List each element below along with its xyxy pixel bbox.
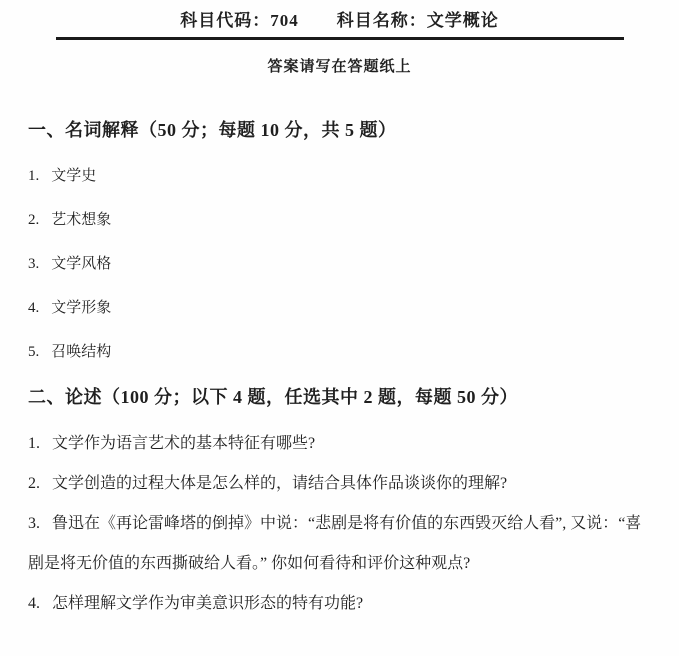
- item-text: 鲁迅在《再论雷峰塔的倒掉》中说：“悲剧是将有价值的东西毁灭给人看”, 又说：“喜…: [28, 515, 641, 572]
- item-text: 怎样理解文学作为审美意识形态的特有功能?: [52, 595, 363, 612]
- item-number: 4.: [28, 584, 40, 624]
- item-text: 文学创造的过程大体是怎么样的，请结合具体作品谈谈你的理解?: [52, 475, 507, 492]
- item-text: 文学作为语言艺术的基本特征有哪些?: [52, 435, 315, 452]
- item-text: 文学风格: [51, 256, 111, 272]
- item-number: 2.: [28, 210, 39, 230]
- subject-code-value: 704: [270, 11, 299, 30]
- item-number: 3.: [28, 504, 40, 544]
- subject-name-label: 科目名称：: [337, 11, 427, 30]
- term-item-3: 3.文学风格: [0, 254, 679, 274]
- subject-name-value: 文学概论: [427, 11, 499, 30]
- answer-notice: 答案请写在答题纸上: [0, 57, 679, 77]
- term-item-4: 4.文学形象: [0, 298, 679, 318]
- subject-code: 科目代码：704: [180, 11, 299, 30]
- section-1-title: 一、名词解释（50 分；每题 10 分，共 5 题）: [0, 119, 679, 141]
- essay-item-2: 2.文学创造的过程大体是怎么样的，请结合具体作品谈谈你的理解?: [0, 464, 679, 504]
- item-number: 1.: [28, 166, 39, 186]
- item-number: 1.: [28, 424, 40, 464]
- term-item-2: 2.艺术想象: [0, 210, 679, 230]
- item-text: 召唤结构: [51, 344, 111, 360]
- paper-header: 科目代码：704科目名称：文学概论: [0, 10, 679, 32]
- section-2-items: 1.文学作为语言艺术的基本特征有哪些? 2.文学创造的过程大体是怎么样的，请结合…: [0, 424, 679, 624]
- section-2-title: 二、论述（100 分；以下 4 题，任选其中 2 题，每题 50 分）: [0, 386, 679, 408]
- item-number: 4.: [28, 298, 39, 318]
- essay-item-4: 4.怎样理解文学作为审美意识形态的特有功能?: [0, 584, 679, 624]
- essay-item-1: 1.文学作为语言艺术的基本特征有哪些?: [0, 424, 679, 464]
- item-number: 5.: [28, 342, 39, 362]
- subject-name: 科目名称：文学概论: [337, 11, 499, 30]
- header-divider: [56, 37, 624, 40]
- item-text: 艺术想象: [51, 212, 111, 228]
- term-item-5: 5.召唤结构: [0, 342, 679, 362]
- item-text: 文学史: [51, 168, 96, 184]
- item-number: 2.: [28, 464, 40, 504]
- item-text: 文学形象: [51, 300, 111, 316]
- exam-paper: 科目代码：704科目名称：文学概论 答案请写在答题纸上 一、名词解释（50 分；…: [0, 0, 679, 656]
- term-item-1: 1.文学史: [0, 166, 679, 186]
- essay-item-3: 3.鲁迅在《再论雷峰塔的倒掉》中说：“悲剧是将有价值的东西毁灭给人看”, 又说：…: [0, 504, 679, 584]
- section-1-items: 1.文学史 2.艺术想象 3.文学风格 4.文学形象 5.召唤结构: [0, 166, 679, 362]
- subject-code-label: 科目代码：: [180, 11, 270, 30]
- item-number: 3.: [28, 254, 39, 274]
